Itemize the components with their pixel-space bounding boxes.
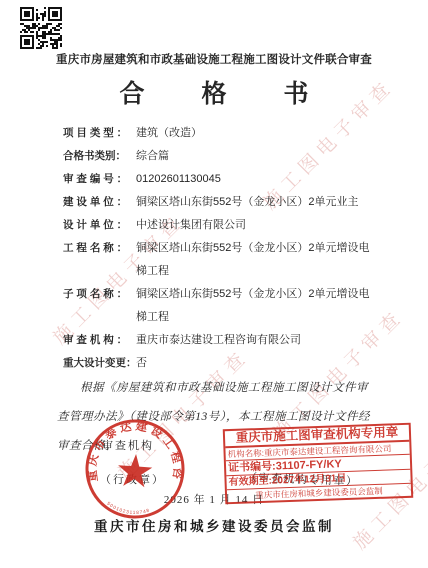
field-value: 铜梁区塔山东街552号（金龙小区）2单元业主 [136,191,378,214]
svg-text:5001023118748: 5001023118748 [106,501,152,517]
star-icon [117,453,153,488]
field-value: 铜梁区塔山东街552号（金龙小区）2单元增设电梯工程 [136,283,378,329]
field-label: 合格书类别： [63,145,136,168]
field-value: 重庆市泰达建设工程咨询有限公司 [136,329,378,352]
field-label: 建 设 单 位 ： [63,191,136,214]
field-value: 否 [136,352,378,375]
field-row-construction-unit: 建 设 单 位 ： 铜梁区塔山东街552号（金龙小区）2单元业主 [63,191,383,214]
field-label: 工 程 名 称 ： [63,237,136,260]
certificate-page: 施工图电子审查施工图电子审查施工图电子审查施工图电子审查施工图电子审查 重庆市房… [0,0,428,568]
field-row-design-unit: 设 计 单 位 ： 中述设计集团有限公司 [63,214,383,237]
field-row-major-design-change: 重大设计变更： 否 [63,352,383,375]
field-row-review-agency: 审 查 机 构 ： 重庆市泰达建设工程咨询有限公司 [63,329,383,352]
field-value: 中述设计集团有限公司 [136,214,378,237]
field-list: 项 目 类 型 ： 建筑（改造） 合格书类别： 综合篇 审 查 编 号 ： 01… [63,122,383,375]
field-row-project-name: 工 程 名 称 ： 铜梁区塔山东街552号（金龙小区）2单元增设电梯工程 [63,237,383,283]
field-label: 设 计 单 位 ： [63,214,136,237]
round-stamp-icon: 重庆市泰达建设工程咨询有限公司 5001023118748 [78,412,191,525]
field-row-review-number: 审 查 编 号 ： 01202601130045 [63,168,383,191]
field-label: 重大设计变更： [63,352,136,375]
round-stamp-serial: 5001023118748 [106,501,152,517]
certificate-title: 合 格 书 [0,74,428,110]
field-label: 审 查 编 号 ： [63,168,136,191]
issuer-line: 重庆市住房和城乡建设委员会监制 [0,515,428,535]
qr-code-icon [20,7,62,49]
field-label: 子 项 名 称 ： [63,283,136,306]
field-row-project-type: 项 目 类 型 ： 建筑（改造） [63,122,383,145]
field-row-subproject-name: 子 项 名 称 ： 铜梁区塔山东街552号（金龙小区）2单元增设电梯工程 [63,283,383,329]
field-label: 项 目 类 型 ： [63,122,136,145]
rect-stamp: 重庆市施工图审查机构专用章 机构名称:重庆市泰达建设工程咨询有限公司 证书编号:… [223,423,414,505]
field-label: 审 查 机 构 ： [63,329,136,352]
field-row-certificate-category: 合格书类别： 综合篇 [63,145,383,168]
field-value: 综合篇 [136,145,378,168]
field-value: 建筑（改造） [136,122,378,145]
round-stamp: 重庆市泰达建设工程咨询有限公司 5001023118748 [78,412,191,525]
field-value: 铜梁区塔山东街552号（金龙小区）2单元增设电梯工程 [136,237,378,283]
header-title: 重庆市房屋建筑和市政基础设施工程施工图设计文件联合审查 [0,51,428,67]
field-value: 01202601130045 [136,168,378,191]
qr-code [20,7,62,49]
